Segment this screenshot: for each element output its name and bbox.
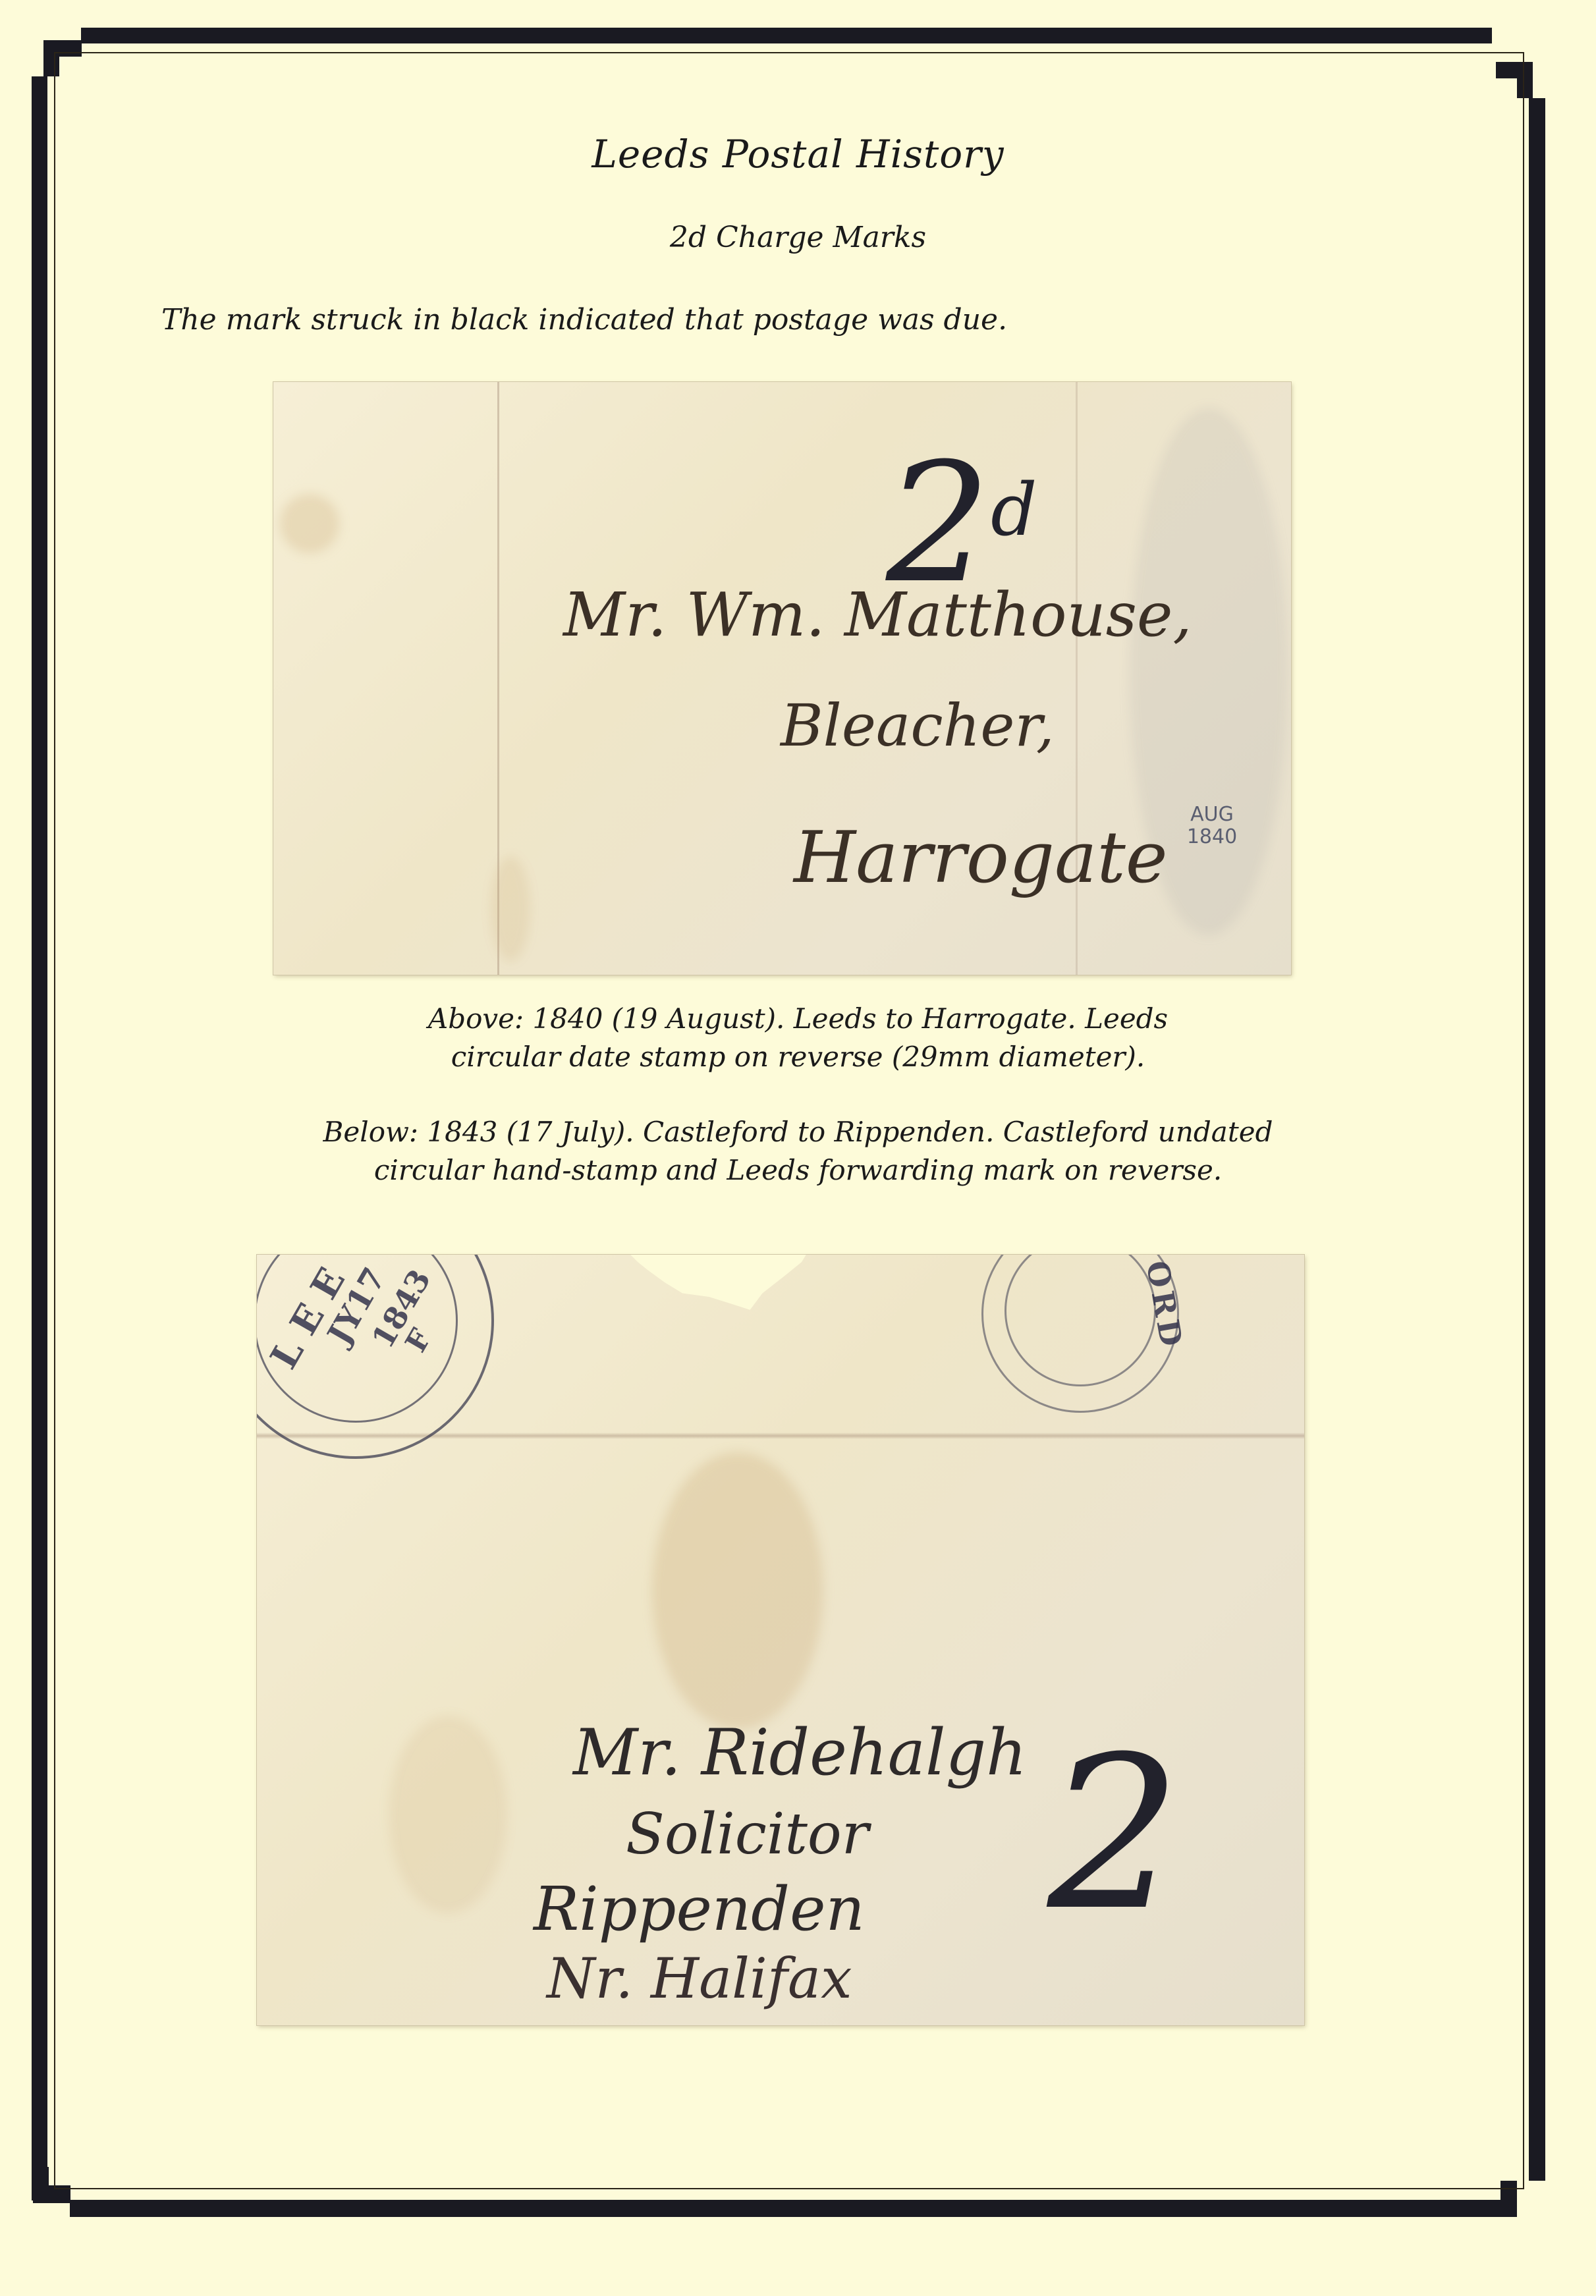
address-line-1: Mr. Ridehalgh [573,1716,1027,1790]
castleford-handstamp: ORD [981,1255,1179,1413]
cover-1840: 2d Mr. Wm. Matthouse, Bleacher, Harrogat… [273,382,1291,975]
leeds-cds-postmark: LEE JY17 1843 F [257,1255,494,1459]
caption-above-line-2: circular date stamp on reverse (29mm dia… [0,1038,1596,1076]
address-line-3: Rippenden [534,1874,865,1944]
address-line-4: Nr. Halifax [547,1946,852,2011]
address-line-2: Bleacher, [781,692,1055,759]
address-line-2: Solicitor [626,1801,869,1867]
caption-below-line-2: circular hand-stamp and Leeds forwarding… [0,1151,1596,1189]
page-title: Leeds Postal History [0,132,1596,177]
charge-suffix: d [991,468,1037,552]
address-line-1: Mr. Wm. Matthouse, [563,580,1192,650]
address-line-3: Harrogate [794,817,1168,899]
intro-text: The mark struck in black indicated that … [161,303,1007,337]
caption-below-line-1: Below: 1843 (17 July). Castleford to Rip… [0,1113,1596,1151]
pencil-date-note: AUG 1840 [1176,804,1248,848]
cover-1843: LEE JY17 1843 F ORD Mr. Ridehalgh Solici… [257,1255,1304,2025]
caption-below: Below: 1843 (17 July). Castleford to Rip… [0,1113,1596,1189]
stain [491,856,530,962]
stain [652,1452,823,1729]
pencil-year: 1840 [1176,826,1248,848]
page-subtitle: 2d Charge Marks [0,221,1596,254]
torn-edge [629,1255,807,1326]
stain [389,1716,507,1913]
stain [280,494,339,553]
charge-mark-2: 2 [1047,1729,1182,1940]
caption-above-line-1: Above: 1840 (19 August). Leeds to Harrog… [0,1000,1596,1038]
pencil-month: AUG [1176,804,1248,826]
caption-above: Above: 1840 (19 August). Leeds to Harrog… [0,1000,1596,1076]
